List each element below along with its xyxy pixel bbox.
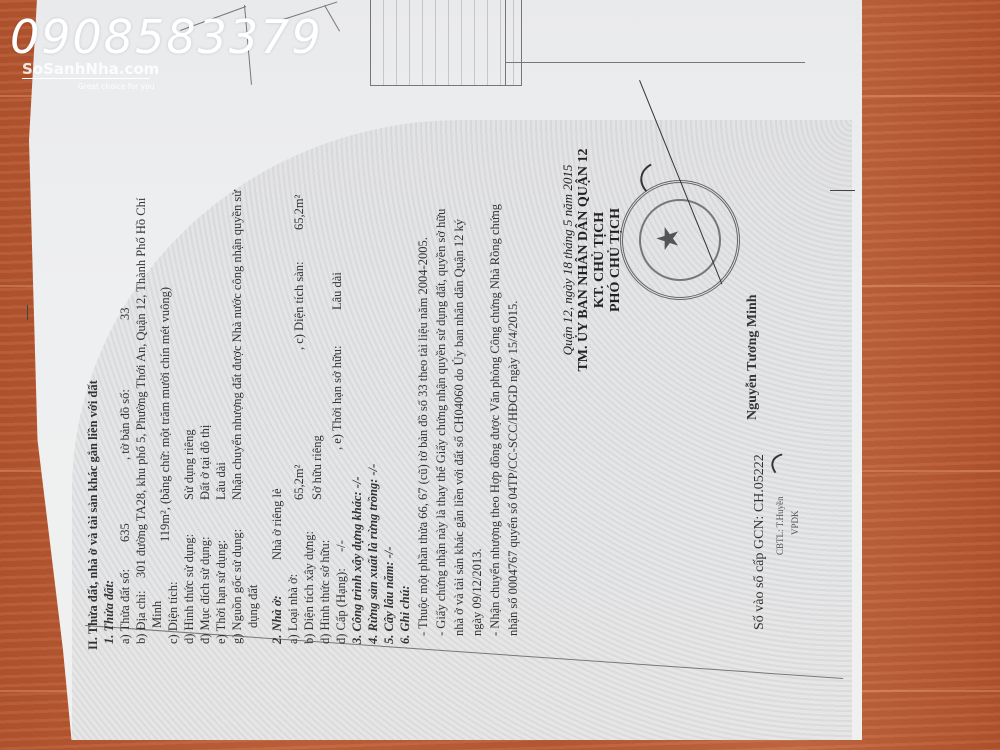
house-heading: 2. Nhà ở: <box>269 595 286 644</box>
house-type-label: a) Loại nhà ở: <box>285 574 302 644</box>
parcel-number-value: 635 <box>117 523 134 542</box>
registry-officer: CBTL: T.Huyền <box>775 496 785 555</box>
ownership-value: Sở hữu riêng <box>309 435 326 500</box>
note-line: - Giấy chứng nhận này là thay thế Giấy c… <box>433 209 450 636</box>
floor-area-value: 65,2m² <box>291 195 308 230</box>
own-term-label: , e) Thời hạn sở hữu: <box>329 346 346 450</box>
use-purpose-value: Đất ở tại đô thị <box>197 425 214 500</box>
signature-block: Quận 12, ngày 18 tháng 5 năm 2015 TM. ỦY… <box>560 50 624 470</box>
note-line: nhà ở và tài sản khác gắn liền với đất s… <box>451 219 468 636</box>
plantation: 4. Rừng sản xuất là rừng trồng: -/- <box>365 464 382 644</box>
house-type-value: Nhà ở riêng lẻ <box>269 488 286 560</box>
logo-tagline: Great choice for you <box>78 82 154 91</box>
signer-name: Nguyễn Tương Minh <box>745 294 761 420</box>
issue-date: Quận 12, ngày 18 tháng 5 năm 2015 <box>560 50 576 470</box>
ownership-label: d) Hình thức sở hữu: <box>317 540 334 644</box>
sosanhnha-logo: SoSanhNha.com Great choice for you <box>22 60 159 78</box>
origin-value: Nhận chuyển nhượng đất được Nhà nước côn… <box>229 190 246 500</box>
note-line: - Nhận chuyển nhượng theo Hợp đồng được … <box>487 204 504 636</box>
grade-value: -/- <box>333 540 350 552</box>
use-purpose-label: đ) Mục đích sử dụng: <box>197 537 214 644</box>
floor-area-label: , c) Diện tích sàn: <box>291 261 308 350</box>
use-form-label: d) Hình thức sử dụng: <box>181 534 198 644</box>
signer-role-2: PHÓ CHỦ TỊCH <box>608 50 624 470</box>
logo-text: SoSanhNha.com <box>22 60 159 78</box>
land-heading: 1. Thửa đất: <box>101 580 118 644</box>
address-cont: Minh <box>149 601 166 628</box>
address-value: 301 đường TA28, khu phố 5, Phường Thới A… <box>133 198 150 578</box>
map-sheet-label: , tờ bản đồ số: <box>117 389 134 460</box>
map-sheet-value: 33 <box>117 308 134 321</box>
fold-mark <box>27 305 28 320</box>
certificate-body: II. Thửa đất, nhà ở và tài sản khác gắn … <box>85 70 805 650</box>
other-construction: 3. Công trình xây dựng khác: -/- <box>349 476 366 644</box>
phone-watermark: 0908583379 <box>10 10 323 64</box>
area-value: 119m², (bằng chữ: một trăm mười chín mét… <box>157 287 174 542</box>
use-term-value: Lâu dài <box>213 462 230 500</box>
note-line: ngày 09/12/2013. <box>469 549 486 637</box>
fold-mark <box>830 190 855 191</box>
use-form-value: Sử dụng riêng <box>181 429 198 500</box>
origin-cont: dụng đất <box>245 585 262 628</box>
built-area-value: 65,2m² <box>291 465 308 500</box>
own-term-value: Lâu dài <box>329 272 346 310</box>
section-title: II. Thửa đất, nhà ở và tài sản khác gắn … <box>85 380 102 650</box>
gcn-registry-number: Số vào sổ cấp GCN: CH.05222 <box>752 454 768 630</box>
registry-office: VPDK <box>790 510 800 535</box>
use-term-label: e) Thời hạn sử dụng: <box>213 540 230 644</box>
signer-role-1: KT. CHỦ TỊCH <box>592 50 608 470</box>
star-icon: ★ <box>651 225 686 252</box>
origin-label: g) Nguồn gốc sử dụng: <box>229 529 246 644</box>
notes-heading: 6. Ghi chú: <box>397 585 414 644</box>
note-line: - Thuộc một phần thửa 66, 67 (cũ) tờ bản… <box>415 237 432 636</box>
perennial-trees: 5. Cây lâu năm: -/- <box>381 546 398 644</box>
frame-line <box>505 62 805 63</box>
logo-underline <box>22 78 150 79</box>
grade-label: đ) Cấp (Hạng): <box>333 568 350 644</box>
built-area-label: b) Diện tích xây dựng: <box>301 531 318 644</box>
parcel-number-label: a) Thửa đất số: <box>117 569 134 644</box>
note-line: nhận số 0004767 quyển số 04TP/CC-SCC/HĐG… <box>505 301 522 636</box>
issuing-authority: TM. ỦY BAN NHÂN DÂN QUẬN 12 <box>576 50 592 470</box>
area-label: c) Diện tích: <box>165 582 182 644</box>
address-label: b) Địa chỉ: <box>133 591 150 644</box>
